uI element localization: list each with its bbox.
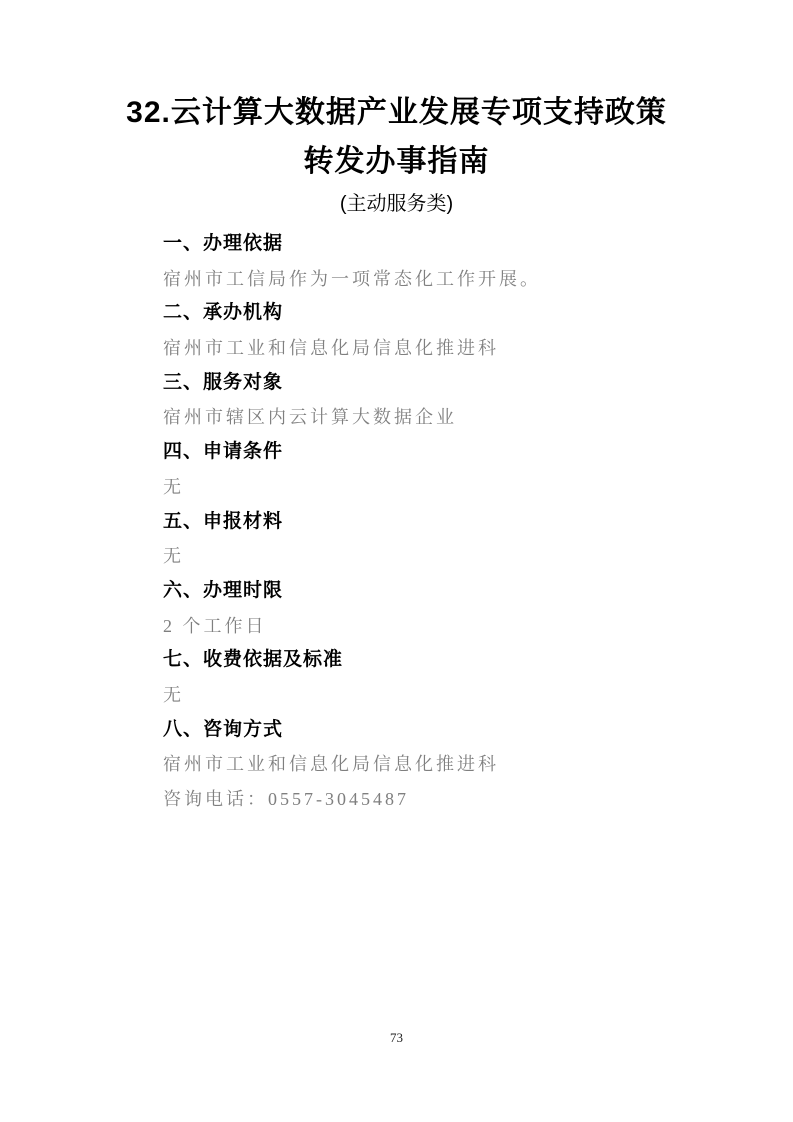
sections: 一、办理依据宿州市工信局作为一项常态化工作开展。二、承办机构宿州市工业和信息化局… — [0, 227, 793, 817]
section-heading: 六、办理时限 — [163, 574, 723, 609]
section-heading: 四、申请条件 — [163, 435, 723, 470]
section-body-line: 宿州市工信局作为一项常态化工作开展。 — [163, 262, 723, 297]
section-body-line: 无 — [163, 539, 723, 574]
document-title-line2: 转发办事指南 — [0, 137, 793, 186]
section-body-line: 咨询电话：0557-3045487 — [163, 782, 723, 817]
section-heading: 三、服务对象 — [163, 366, 723, 401]
section-heading: 八、咨询方式 — [163, 713, 723, 748]
document-page: 32.云计算大数据产业发展专项支持政策 转发办事指南 (主动服务类) 一、办理依… — [0, 0, 793, 1122]
section-body-line: 宿州市工业和信息化局信息化推进科 — [163, 331, 723, 366]
section-body-line: 宿州市辖区内云计算大数据企业 — [163, 400, 723, 435]
page-number: 73 — [0, 1030, 793, 1046]
section-body-line: 宿州市工业和信息化局信息化推进科 — [163, 747, 723, 782]
section-body-line: 无 — [163, 470, 723, 505]
title-block: 32.云计算大数据产业发展专项支持政策 转发办事指南 (主动服务类) — [0, 88, 793, 219]
document-title-line1: 32.云计算大数据产业发展专项支持政策 — [0, 88, 793, 137]
document-subtitle: (主动服务类) — [0, 189, 793, 219]
section-heading: 一、办理依据 — [163, 227, 723, 262]
section-body-line: 无 — [163, 678, 723, 713]
section-heading: 七、收费依据及标准 — [163, 643, 723, 678]
section-body-line: 2 个工作日 — [163, 609, 723, 644]
section-heading: 二、承办机构 — [163, 296, 723, 331]
section-heading: 五、申报材料 — [163, 505, 723, 540]
